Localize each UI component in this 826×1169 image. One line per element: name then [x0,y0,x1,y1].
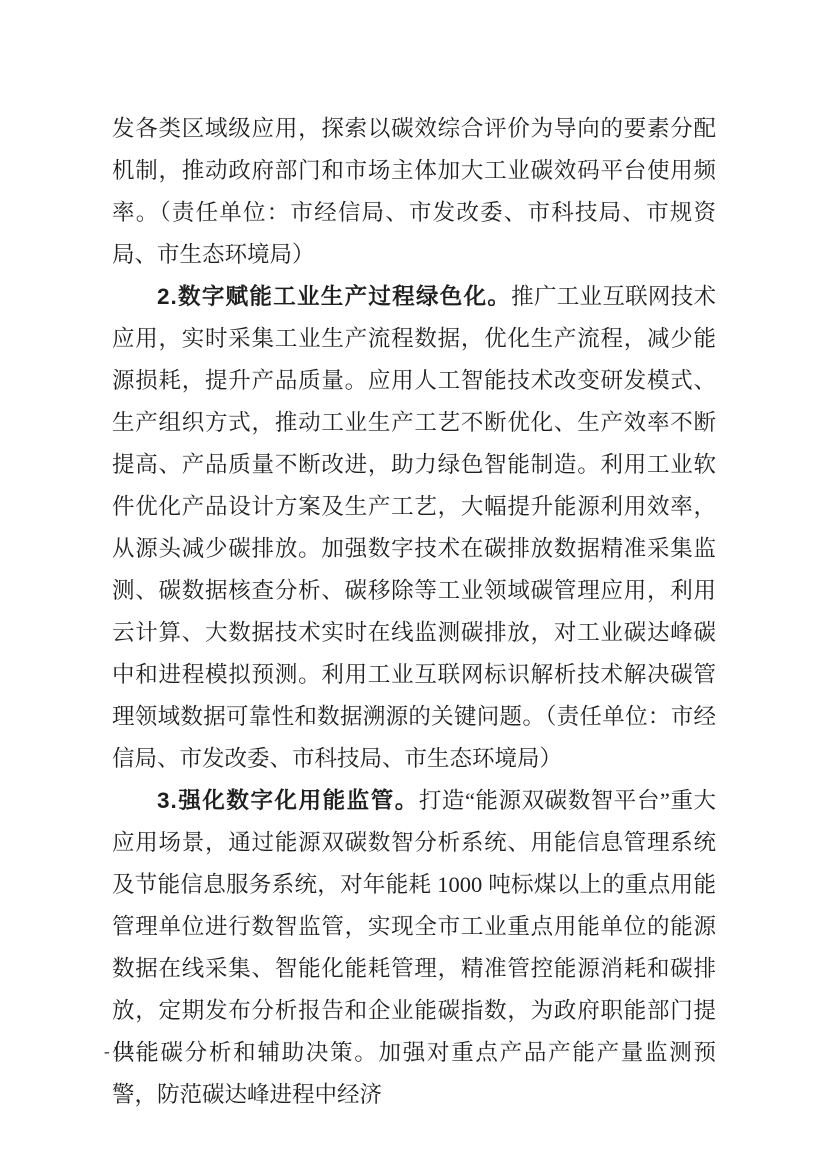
paragraph-lead: 2.数字赋能工业生产过程绿色化。 [157,284,511,309]
paragraph: 发各类区域级应用，探索以碳效综合评价为导向的要素分配机制，推动政府部门和市场主体… [112,108,716,276]
document-body: 发各类区域级应用，探索以碳效综合评价为导向的要素分配机制，推动政府部门和市场主体… [112,108,716,1116]
paragraph-text: 发各类区域级应用，探索以碳效综合评价为导向的要素分配机制，推动政府部门和市场主体… [112,116,716,267]
paragraph-lead: 3.强化数字化用能监管。 [157,788,419,813]
page-number: -12- [104,1040,144,1064]
paragraph-text: 打造“能源双碳数智平台”重大应用场景，通过能源双碳数智分析系统、用能信息管理系统… [112,788,716,1107]
paragraph-text: 推广工业互联网技术应用，实时采集工业生产流程数据，优化生产流程，减少能源损耗，提… [112,284,716,771]
paragraph: 3.强化数字化用能监管。打造“能源双碳数智平台”重大应用场景，通过能源双碳数智分… [112,780,716,1116]
paragraph: 2.数字赋能工业生产过程绿色化。推广工业互联网技术应用，实时采集工业生产流程数据… [112,276,716,780]
document-page: 发各类区域级应用，探索以碳效综合评价为导向的要素分配机制，推动政府部门和市场主体… [0,0,826,1169]
